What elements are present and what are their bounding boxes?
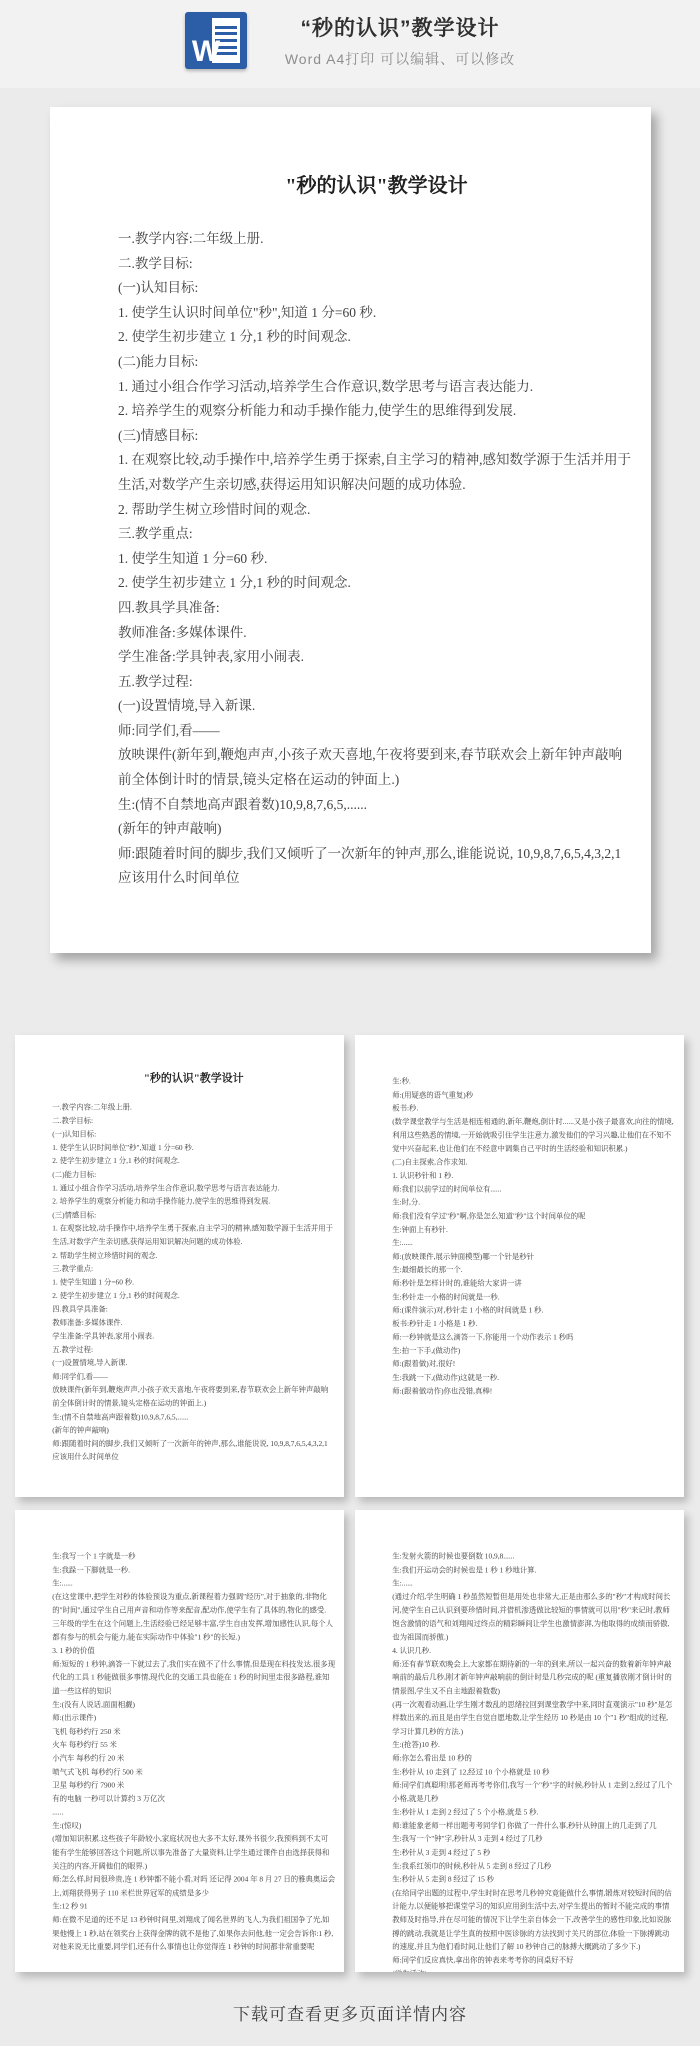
doc-paragraph: 五.教学过程: xyxy=(52,1343,335,1356)
page-2-thumbnail-clone: 生:秒.师:(用疑惑的语气重复)秒板书:秒.(数学课堂教学与生活是相连相通的,新… xyxy=(355,1035,684,1497)
header: W “秒的认识”教学设计 Word A4打印 可以编辑、可以修改 xyxy=(0,12,700,69)
doc-paragraph: (一)认知目标: xyxy=(118,276,635,301)
doc-paragraph: 1. 使学生认识时间单位"秒",知道 1 分=60 秒. xyxy=(52,1141,335,1154)
doc-paragraph: 2. 使学生初步建立 1 分,1 秒的时间观念. xyxy=(118,325,635,350)
doc-paragraph: 生:拍一下手,(做动作) xyxy=(392,1344,675,1357)
doc-paragraph: (通过介绍,学生明确 1 秒虽然短暂但是用处也非常大,正是由那么多的"秒"才构成… xyxy=(392,1590,675,1644)
doc-paragraph: 一.教学内容:二年级上册. xyxy=(118,227,635,252)
doc-paragraph: 生:我跳一下,(做动作)这就是一秒. xyxy=(392,1371,675,1384)
doc-paragraph: 师:(出示课件) xyxy=(52,1712,335,1725)
doc-paragraph: 2. 帮助学生树立珍惜时间的观念. xyxy=(52,1249,335,1262)
doc-paragraph: 师:怎么样,时间很珍贵,连 1 秒钟都不能小看,对吗 还记得 2004 年 8 … xyxy=(52,1873,335,1900)
doc-paragraph: 生:钟面上有秒针. xyxy=(392,1223,675,1236)
doc-paragraph: 师:(跟着做动作)你也没错,真棒! xyxy=(392,1385,675,1398)
doc-paragraph: 喷气式飞机 每秒约行 500 米 xyxy=(52,1765,335,1778)
document-preview-page: W “秒的认识”教学设计 Word A4打印 可以编辑、可以修改 "秒的认识"教… xyxy=(0,0,700,2046)
doc-body: 生:我写一个 1 字就是一秒生:我跺一下脚就是一秒.生:......(在这堂课中… xyxy=(52,1550,335,1954)
doc-paragraph: 生:...... xyxy=(392,1237,675,1250)
doc-paragraph: 师:跟随着时间的脚步,我们又倾听了一次新年的钟声,那么,谁能说说, 10,9,8… xyxy=(52,1437,335,1464)
doc-paragraph: 生:秒针从 10 走到了 12,经过 10 个小格就是 10 秒 xyxy=(392,1765,675,1778)
doc-paragraph: 生:秒针走一小格的时间就是一秒. xyxy=(392,1290,675,1303)
doc-paragraph: 生:秒针从 5 走到 8 经过了 15 秒 xyxy=(392,1873,675,1886)
file-subtitle: Word A4打印 可以编辑、可以修改 xyxy=(285,49,515,69)
doc-paragraph: 飞机 每秒约行 250 米 xyxy=(52,1725,335,1738)
doc-paragraph: 生:我们开运动会的时候也是 1 秒 1 秒地计算. xyxy=(392,1563,675,1576)
doc-paragraph: 3. 1 秒的价值 xyxy=(52,1644,335,1657)
doc-paragraph: 二.教学目标: xyxy=(52,1114,335,1127)
doc-paragraph: (再一次观看动画,让学生刚才数乱的思绪拉回到课堂教学中来,同时直观演示"10 秒… xyxy=(392,1698,675,1738)
doc-paragraph: 1. 认识秒针和 1 秒. xyxy=(392,1169,675,1182)
doc-paragraph: 师:同学们反应真快,拿出你的钟表来考考你的同桌好不好 xyxy=(392,1954,675,1967)
doc-paragraph: 板书:秒. xyxy=(392,1102,675,1115)
doc-paragraph: 师:(课件演示)对,秒针走 1 小格的时间就是 1 秒. xyxy=(392,1304,675,1317)
doc-paragraph: 2. 使学生初步建立 1 分,1 秒的时间观念. xyxy=(52,1289,335,1302)
doc-paragraph: (新年的钟声敲响) xyxy=(52,1424,335,1437)
doc-paragraph: 师:短短的 1 秒钟,滴答一下就过去了,我们实在做不了什么事情,但是现在科技发达… xyxy=(52,1658,335,1698)
doc-paragraph: 2. 培养学生的观察分析能力和动手操作能力,使学生的思维得到发展. xyxy=(118,399,635,424)
doc-paragraph: (学生活动) xyxy=(392,1967,675,1972)
page-1-content: "秒的认识"教学设计 一.教学内容:二年级上册.二.教学目标:(一)认知目标:1… xyxy=(50,107,651,891)
doc-paragraph: 有的电脑 一秒可以计算约 3 万亿次 xyxy=(52,1792,335,1805)
doc-paragraph: (二)自主探索,合作求知. xyxy=(392,1156,675,1169)
doc-paragraph: 师:同学们真聪明!那老师再考考你们,我写一个"秒"字的时候,秒针从 1 走到 2… xyxy=(392,1779,675,1806)
doc-paragraph: 师:跟随着时间的脚步,我们又倾听了一次新年的钟声,那么,谁能说说, 10,9,8… xyxy=(118,842,635,891)
word-icon-letter: W xyxy=(192,37,220,67)
doc-paragraph: 1. 通过小组合作学习活动,培养学生合作意识,数学思考与语言表达能力. xyxy=(52,1181,335,1194)
page-1-thumbnail-clone: "秒的认识"教学设计 一.教学内容:二年级上册.二.教学目标:(一)认知目标:1… xyxy=(15,1035,344,1497)
doc-paragraph: 师:你怎么看出是 10 秒的 xyxy=(392,1752,675,1765)
doc-paragraph: 四.教具学具准备: xyxy=(118,596,635,621)
doc-paragraph: 一.教学内容:二年级上册. xyxy=(52,1101,335,1114)
doc-paragraph: 生:秒. xyxy=(392,1075,675,1088)
doc-paragraph: (在这堂课中,把学生对秒的体验预设为重点,新课程着力强调"经历",对于抽象的,非… xyxy=(52,1590,335,1617)
doc-title: "秒的认识"教学设计 xyxy=(118,171,635,201)
doc-paragraph: (二)能力目标: xyxy=(118,350,635,375)
doc-paragraph: 生:秒针从 1 走到 2 经过了 5 个小格,就是 5 秒. xyxy=(392,1806,675,1819)
doc-paragraph: 1. 在观察比较,动手操作中,培养学生勇于探索,自主学习的精神,感知数学源于生活… xyxy=(118,448,635,497)
doc-paragraph: (一)认知目标: xyxy=(52,1128,335,1141)
doc-paragraph: 2. 帮助学生树立珍惜时间的观念. xyxy=(118,498,635,523)
doc-paragraph: 师:在微不足道的还不足 13 秒钟时间里,刘翔成了闻名世界的飞人,为我们祖国争了… xyxy=(52,1913,335,1953)
doc-paragraph: 1. 使学生知道 1 分=60 秒. xyxy=(52,1276,335,1289)
document-page-3-thumbnail[interactable]: 生:我写一个 1 字就是一秒生:我跺一下脚就是一秒.生:......(在这堂课中… xyxy=(15,1510,344,1972)
doc-paragraph: 1. 在观察比较,动手操作中,培养学生勇于探索,自主学习的精神,感知数学源于生活… xyxy=(52,1222,335,1249)
doc-paragraph: ...... xyxy=(52,1806,335,1819)
doc-paragraph: 学生准备:学具钟表,家用小闹表. xyxy=(118,645,635,670)
doc-paragraph: 生:我写一个 1 字就是一秒 xyxy=(52,1550,335,1563)
doc-paragraph: 生:...... xyxy=(52,1577,335,1590)
doc-paragraph: 师:秒针是怎样计时的,谁能给大家讲一讲 xyxy=(392,1277,675,1290)
doc-paragraph: 四.教具学具准备: xyxy=(52,1303,335,1316)
doc-paragraph: 三.教学重点: xyxy=(118,522,635,547)
doc-paragraph: 师:我们以前学过的时间单位有...... xyxy=(392,1183,675,1196)
doc-paragraph: 三年级的学生在这个问题上,生活经验已经足够丰富,学生自由发挥,增加感性认识,每个… xyxy=(52,1617,335,1644)
doc-paragraph: 五.教学过程: xyxy=(118,670,635,695)
doc-paragraph: 师:我们没有学过"秒"啊,你是怎么知道"秒"这个时间单位的呢 xyxy=(392,1210,675,1223)
doc-paragraph: 生:我系红领巾的时候,秒针从 5 走到 8 经过了几秒 xyxy=(392,1860,675,1873)
page-4-thumbnail-clone: 生:发射火箭的时候也要倒数 10,9,8......生:我们开运动会的时候也是 … xyxy=(355,1510,684,1972)
doc-paragraph: 生:(惊叹) xyxy=(52,1819,335,1832)
document-page-1-thumbnail[interactable]: "秒的认识"教学设计 一.教学内容:二年级上册.二.教学目标:(一)认知目标:1… xyxy=(15,1035,344,1497)
word-icon-line xyxy=(215,26,237,29)
doc-paragraph: 师:还有春节联欢晚会上,大家都在期待新的一年的到来,所以一起兴奋的数着新年钟声敲… xyxy=(392,1658,675,1698)
document-page-1-preview[interactable]: "秒的认识"教学设计 一.教学内容:二年级上册.二.教学目标:(一)认知目标:1… xyxy=(50,107,651,953)
doc-paragraph: 二.教学目标: xyxy=(118,252,635,277)
doc-paragraph: 生:12 秒 91 xyxy=(52,1900,335,1913)
doc-paragraph: 师:同学们,看—— xyxy=(118,719,635,744)
doc-paragraph: 生:(情不自禁地高声跟着数)10,9,8,7,6,5,...... xyxy=(52,1410,335,1423)
doc-paragraph: 2. 培养学生的观察分析能力和动手操作能力,使学生的思维得到发展. xyxy=(52,1195,335,1208)
doc-paragraph: (三)情感目标: xyxy=(118,424,635,449)
doc-paragraph: 师:(放映课件,展示钟面模型)哪一个针是秒针 xyxy=(392,1250,675,1263)
doc-paragraph: 2. 使学生初步建立 1 分,1 秒的时间观念. xyxy=(52,1155,335,1168)
doc-paragraph: 师:谁能象老师一样出题考考同学们 你做了一件什么事,秒针从钟面上的几走到了几 xyxy=(392,1819,675,1832)
doc-paragraph: 生:(抢答)10 秒. xyxy=(392,1738,675,1751)
doc-paragraph: 学生准备:学具钟表,家用小闹表. xyxy=(52,1330,335,1343)
doc-paragraph: (数学课堂教学与生活是相连相通的,新年,鞭炮,倒计时......又是小孩子最喜欢… xyxy=(392,1115,675,1155)
doc-paragraph: 生:(没有人说话,面面相觑) xyxy=(52,1698,335,1711)
doc-body: 生:秒.师:(用疑惑的语气重复)秒板书:秒.(数学课堂教学与生活是相连相通的,新… xyxy=(392,1075,675,1398)
doc-paragraph: (在给同学出题的过程中,学生时时在思考几秒钟究竟能做什么事情,锻炼对较短时间的估… xyxy=(392,1887,675,1954)
doc-paragraph: 板书:秒针走 1 小格是 1 秒. xyxy=(392,1317,675,1330)
doc-paragraph: 三.教学重点: xyxy=(52,1262,335,1275)
doc-title-small: "秒的认识"教学设计 xyxy=(52,1070,335,1086)
doc-paragraph: 师:同学们,看—— xyxy=(52,1370,335,1383)
doc-paragraph: (增加知识积累.这些孩子年龄较小,家庭状况也大多不太好,课外书很少,我预料到不太… xyxy=(52,1833,335,1873)
doc-paragraph: (新年的钟声敲响) xyxy=(118,817,635,842)
doc-paragraph: 1. 使学生认识时间单位"秒",知道 1 分=60 秒. xyxy=(118,301,635,326)
doc-body: 一.教学内容:二年级上册.二.教学目标:(一)认知目标:1. 使学生认识时间单位… xyxy=(52,1101,335,1464)
doc-paragraph: 生:时,分. xyxy=(392,1196,675,1209)
doc-paragraph: 4. 认识几秒. xyxy=(392,1644,675,1657)
download-more-pages-link[interactable]: 下载可查看更多页面详情内容 xyxy=(0,2000,700,2025)
doc-paragraph: 1. 使学生知道 1 分=60 秒. xyxy=(118,547,635,572)
doc-paragraph: (一)设置情境,导入新课. xyxy=(52,1356,335,1369)
document-page-2-thumbnail[interactable]: 生:秒.师:(用疑惑的语气重复)秒板书:秒.(数学课堂教学与生活是相连相通的,新… xyxy=(355,1035,684,1497)
doc-paragraph: 生:(情不自禁地高声跟着数)10,9,8,7,6,5,...... xyxy=(118,793,635,818)
header-text: “秒的认识”教学设计 Word A4打印 可以编辑、可以修改 xyxy=(285,12,515,69)
doc-paragraph: 生:秒针从 3 走到 4 经过了 5 秒 xyxy=(392,1846,675,1859)
word-file-icon: W xyxy=(185,12,247,69)
doc-paragraph: 生:我跺一下脚就是一秒. xyxy=(52,1563,335,1576)
doc-paragraph: 师:一秒钟就是这么滴答一下,你能用一个动作表示 1 秒吗 xyxy=(392,1331,675,1344)
doc-paragraph: 火车 每秒约行 55 米 xyxy=(52,1738,335,1751)
doc-paragraph: 卫星 每秒约行 7900 米 xyxy=(52,1779,335,1792)
doc-paragraph: 教师准备:多媒体课件. xyxy=(118,621,635,646)
doc-paragraph: 生:最细最长的那一个. xyxy=(392,1263,675,1276)
doc-paragraph: 生:...... xyxy=(392,1577,675,1590)
document-page-4-thumbnail[interactable]: 生:发射火箭的时候也要倒数 10,9,8......生:我们开运动会的时候也是 … xyxy=(355,1510,684,1972)
doc-paragraph: 生:发射火箭的时候也要倒数 10,9,8...... xyxy=(392,1550,675,1563)
doc-paragraph: 2. 使学生初步建立 1 分,1 秒的时间观念. xyxy=(118,571,635,596)
doc-body: 生:发射火箭的时候也要倒数 10,9,8......生:我们开运动会的时候也是 … xyxy=(392,1550,675,1972)
doc-paragraph: 教师准备:多媒体课件. xyxy=(52,1316,335,1329)
doc-paragraph: 1. 通过小组合作学习活动,培养学生合作意识,数学思考与语言表达能力. xyxy=(118,375,635,400)
doc-paragraph: 放映课件(新年到,鞭炮声声,小孩子欢天喜地,午夜将要到来,春节联欢会上新年钟声敲… xyxy=(52,1383,335,1410)
doc-paragraph: (一)设置情境,导入新课. xyxy=(118,694,635,719)
doc-paragraph: 生:我写一个"钟"字,秒针从 3 走到 4 经过了几秒 xyxy=(392,1833,675,1846)
doc-paragraph: 小汽车 每秒约行 20 米 xyxy=(52,1752,335,1765)
file-title: “秒的认识”教学设计 xyxy=(285,12,515,42)
doc-paragraph: (二)能力目标: xyxy=(52,1168,335,1181)
doc-paragraph: (三)情感目标: xyxy=(52,1208,335,1221)
doc-paragraph: 师:(跟着做)对,很好! xyxy=(392,1358,675,1371)
doc-body: 一.教学内容:二年级上册.二.教学目标:(一)认知目标:1. 使学生认识时间单位… xyxy=(118,227,635,891)
doc-paragraph: 放映课件(新年到,鞭炮声声,小孩子欢天喜地,午夜将要到来,春节联欢会上新年钟声敲… xyxy=(118,743,635,792)
page-3-thumbnail-clone: 生:我写一个 1 字就是一秒生:我跺一下脚就是一秒.生:......(在这堂课中… xyxy=(15,1510,344,1972)
doc-paragraph: 师:(用疑惑的语气重复)秒 xyxy=(392,1088,675,1101)
